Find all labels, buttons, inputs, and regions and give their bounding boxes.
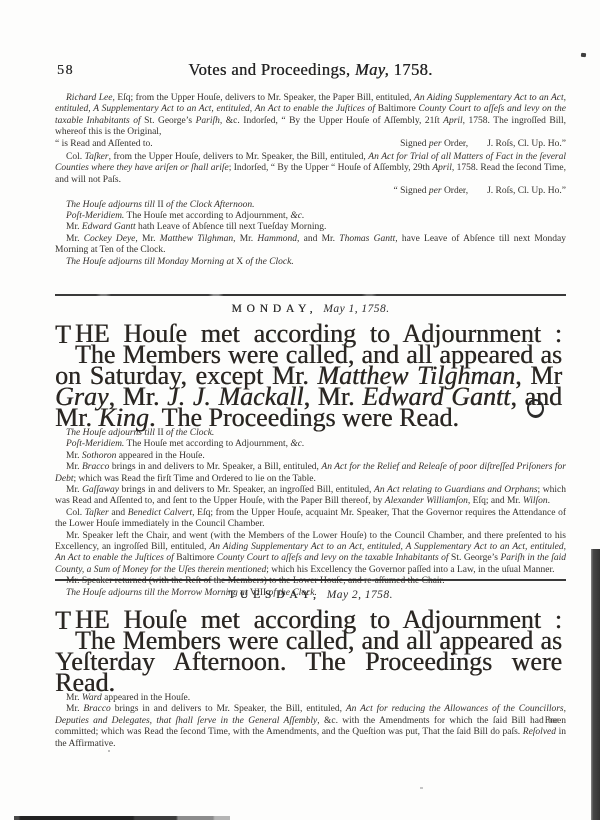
text-run: Richard Lee (66, 93, 112, 103)
line-right: “ Signed per Order, J. Roſs, Cl. Up. Ho.… (394, 186, 566, 197)
scan-speck (108, 750, 110, 752)
text-run: of the Clock Afternoon. (164, 200, 255, 210)
text-run: Mr. (66, 462, 82, 472)
text-run: . (548, 496, 550, 506)
text-run: The Houſe met according to Adjournment, (124, 211, 290, 221)
paragraph: The Houſe adjourns till II of the Clock … (55, 200, 566, 211)
page-title-roman: Votes and Proceedings, (188, 60, 350, 79)
text-run: Ward (82, 693, 102, 703)
text-run: The Houſe adjourns till (66, 428, 157, 438)
text-run: Order, J. Roſs, Cl. Up. Ho.” (442, 139, 566, 149)
text-run: Mr. Speaker returned (with the Reſt of t… (66, 576, 445, 586)
page-title-month: May, (355, 60, 389, 79)
catchword: For (55, 716, 558, 726)
text-run: of the Clock. (243, 257, 294, 267)
text-run: , Eſq; and Mr. (468, 496, 523, 506)
text-run: Sothoron (82, 451, 116, 461)
session-divider-rule (55, 294, 566, 296)
drop-cap: T (55, 609, 75, 631)
text-run: , Mr. (135, 234, 159, 244)
text-run: Gaſſaway (82, 485, 119, 495)
paragraph: THE Houſe met according to Adjournment :… (55, 322, 566, 428)
paragraph: Mr. Edward Gantt hath Leave of Abſence t… (55, 222, 566, 233)
text-run: Thomas Gantt (339, 234, 395, 244)
right-edge-scan-band (591, 549, 600, 820)
text-run: Pariſh, (196, 116, 226, 126)
paragraph: Mr. Gaſſaway brings in and delivers to M… (55, 485, 566, 508)
session-monday-may-1: MONDAY,May 1, 1758.THE Houſe met accordi… (55, 303, 566, 599)
text-run: per (429, 186, 442, 196)
text-run: “ Signed (394, 186, 429, 196)
session-heading: MONDAY,May 1, 1758. (55, 303, 566, 316)
text-run: per (429, 139, 442, 149)
text-run: Order, J. Roſs, Cl. Up. Ho.” (442, 186, 566, 196)
session-date: May 1, 1758. (323, 303, 389, 315)
text-run: Mr. (66, 485, 82, 495)
document-page: 58 Votes and Proceedings, May, 1758. Ric… (0, 0, 600, 820)
text-run: The Houſe adjourns till (66, 200, 157, 210)
top-right-speck (581, 53, 586, 58)
text-run: brings in and delivers to Mr. Speaker, t… (111, 704, 346, 714)
text-run: Signed (400, 139, 429, 149)
text-run: , from the Upper Houſe, delivers to Mr. … (109, 152, 369, 162)
bottom-scan-bar (14, 816, 230, 820)
text-run: Hammond (257, 234, 297, 244)
paragraph: Poſt-Meridiem. The Houſe met according t… (55, 211, 566, 222)
text-run: &c. (290, 211, 304, 221)
session-date: May 2, 1758. (327, 589, 393, 601)
session-april-continued: Richard Lee, Eſq; from the Upper Houſe, … (55, 93, 566, 268)
text-run: Cockey Deye (84, 234, 136, 244)
text-run: Reſolved (523, 727, 556, 737)
paragraph: The Houſe adjourns till Monday Morning a… (55, 257, 566, 268)
page-title-year: 1758. (394, 60, 433, 79)
text-run: Alexander Williamſon (385, 496, 468, 506)
text-run: Poſt-Meridiem. (66, 439, 124, 449)
text-run: Taſker (85, 508, 109, 518)
paragraph: “ Signed per Order, J. Roſs, Cl. Up. Ho.… (55, 186, 566, 197)
text-run: Benedict Calvert (128, 508, 192, 518)
session-day: MONDAY, (231, 303, 317, 315)
text-run: Col. (66, 152, 85, 162)
text-run: Bracco (82, 462, 109, 472)
text-run: brings in and delivers to Mr. Speaker, a… (109, 462, 321, 472)
scan-speck (420, 787, 423, 789)
line-right: Signed per Order, J. Roſs, Cl. Up. Ho.” (400, 139, 566, 150)
text-run: Poſt-Meridiem. (66, 211, 124, 221)
paragraph: Richard Lee, Eſq; from the Upper Houſe, … (55, 93, 566, 139)
text-run: Wilſon (523, 496, 548, 506)
text-run: ; Indorſed, “ By the Upper “ Houſe of Aſ… (229, 163, 433, 173)
paragraph: Mr. Bracco brings in and delivers to Mr.… (55, 704, 566, 750)
paragraph: Mr. Speaker returned (with the Reſt of t… (55, 576, 566, 587)
paragraph: Col. Taſker, from the Upper Houſe, deliv… (55, 152, 566, 186)
paragraph: “ is Read and Aſſented to.Signed per Ord… (55, 139, 566, 150)
text-run: April (443, 116, 463, 126)
text-run: The Houſe adjourns till Monday Morning a… (66, 257, 236, 267)
text-run: St. George’s (451, 553, 500, 563)
text-run: Bracco (83, 704, 110, 714)
text-run: and (109, 508, 128, 518)
text-run: An Act relating to Guardians and Orphans (374, 485, 538, 495)
text-run: Mr. (66, 234, 84, 244)
line-left: “ is Read and Aſſented to. (55, 139, 153, 150)
text-run: St. George’s (144, 116, 195, 126)
drop-cap: T (55, 323, 75, 345)
paragraph: THE Houſe met according to Adjournment :… (55, 608, 566, 693)
text-run: The Houſe met according to Adjournment, (124, 439, 290, 449)
text-run: Mr. (66, 693, 82, 703)
paragraph: Col. Taſker and Benedict Calvert, Eſq; f… (55, 508, 566, 531)
text-run: &c. Indorſed, “ By the Upper Houſe of Aſ… (226, 116, 443, 126)
text-run: Taſker (85, 152, 109, 162)
text-run: Mr. (66, 451, 82, 461)
text-run: hath Leave of Abſence till next Tueſday … (136, 222, 327, 232)
text-run: April (432, 163, 452, 173)
text-run: , Eſq; from the Upper Houſe, delivers to… (112, 93, 414, 103)
paragraph: Mr. Bracco brings in and delivers to Mr.… (55, 462, 566, 485)
text-run: , Mr. (233, 234, 257, 244)
page-header: 58 Votes and Proceedings, May, 1758. (55, 60, 566, 84)
session-heading: TUESDAY,May 2, 1758. (55, 589, 566, 602)
text-run: County Court to aſſeſs and levy on the t… (217, 553, 451, 563)
text-run: appeared in the Houſe. (116, 451, 204, 461)
text-run: brings in and delivers to Mr. Speaker, a… (119, 485, 374, 495)
paragraph: Mr. Speaker left the Chair, and went (wi… (55, 531, 566, 577)
text-run: HE Houſe met according to Adjournment : … (55, 605, 562, 697)
text-run: Edward Gantt (82, 222, 136, 232)
text-run: Baltimore (176, 553, 217, 563)
text-run: ; which his Excellency the Governor paſſ… (266, 565, 554, 575)
text-run: “ is Read and Aſſented to. (55, 139, 153, 149)
paragraph: Poſt-Meridiem. The Houſe met according t… (55, 439, 566, 450)
paragraph: Mr. Sothoron appeared in the Houſe. (55, 451, 566, 462)
text-run: appeared in the Houſe. (102, 693, 190, 703)
text-run: Col. (66, 508, 85, 518)
session-day: TUESDAY, (228, 589, 321, 601)
text-run: &c. (290, 439, 304, 449)
text-run: Mr. (66, 704, 83, 714)
text-run: of the Clock. (164, 428, 215, 438)
paragraph: Mr. Cockey Deye, Mr. Matthew Tilghman, M… (55, 234, 566, 257)
text-run: Mr. (66, 222, 82, 232)
text-run: Matthew Tilghman (160, 234, 233, 244)
page-number: 58 (57, 63, 74, 79)
text-run: ; which was Read the firſt Time and Orde… (73, 474, 315, 484)
page-title: Votes and Proceedings, May, 1758. (55, 60, 566, 80)
text-run: , and Mr. (297, 234, 339, 244)
text-run: Baltimore (378, 104, 419, 114)
